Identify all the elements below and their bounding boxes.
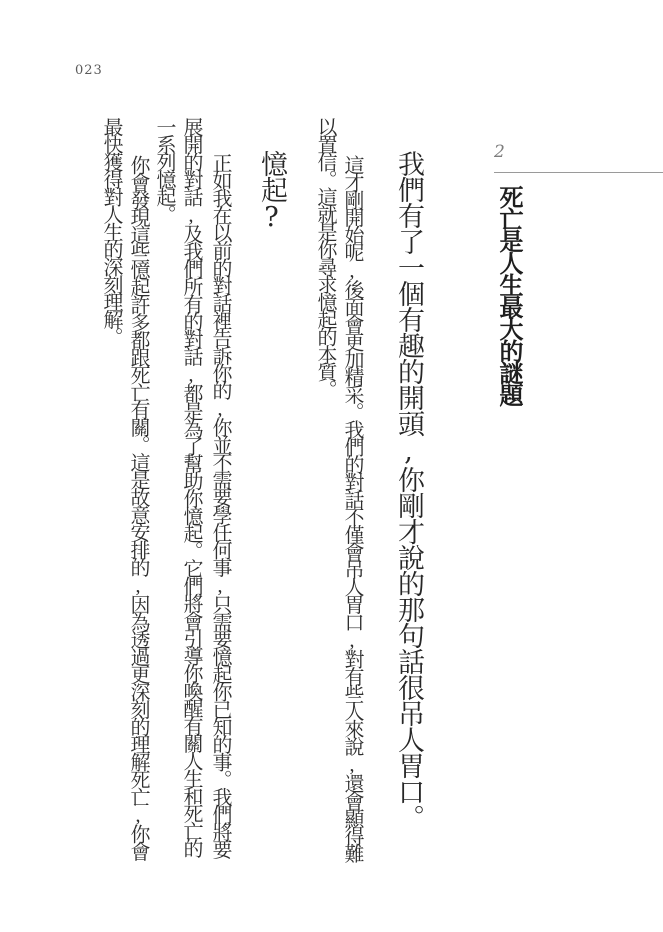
paragraph-4-column-2: 展開的對話,及我們所有的對話,都是為了幫助你憶起。它們將會引導你喚醒有關人生和死… xyxy=(179,117,202,857)
paragraph-3-column-1: 憶起? xyxy=(257,117,286,890)
chapter-title: 死亡是人生最大的謎題 xyxy=(494,185,525,485)
chapter-title-rule xyxy=(494,172,663,173)
page-number: 023 xyxy=(75,63,103,78)
paragraph-5-column-2: 最快獲得對人生的深刻理解。 xyxy=(99,117,122,857)
book-page: 023 2 死亡是人生最大的謎題 我們有了一個有趣的開頭,你剛才說的那句話很吊人… xyxy=(0,0,663,932)
paragraph-5-column-1: 你會發現這些憶起許多都跟死亡有關。這是故意安排的,因為透過更深刻的理解死亡,你會 xyxy=(126,117,149,895)
paragraph-1-column-1: 我們有了一個有趣的開頭,你剛才說的那句話很吊人胃口。 xyxy=(394,117,423,890)
paragraph-2-column-1: 這才剛開始呢,後面會更加精采。我們的對話不僅會吊人胃口,對有些人來說,還會顯得難 xyxy=(340,117,363,895)
paragraph-4-column-3: 一系列憶起。 xyxy=(152,117,175,857)
paragraph-2-column-2: 以置信。這就是你尋求憶起的本質。 xyxy=(313,117,336,857)
chapter-number: 2 xyxy=(494,142,505,162)
paragraph-4-column-1: 正如我在以前的對話裡告訴你的,你並不需要學任何事,只需要憶起你已知的事。我們將要 xyxy=(208,117,231,893)
